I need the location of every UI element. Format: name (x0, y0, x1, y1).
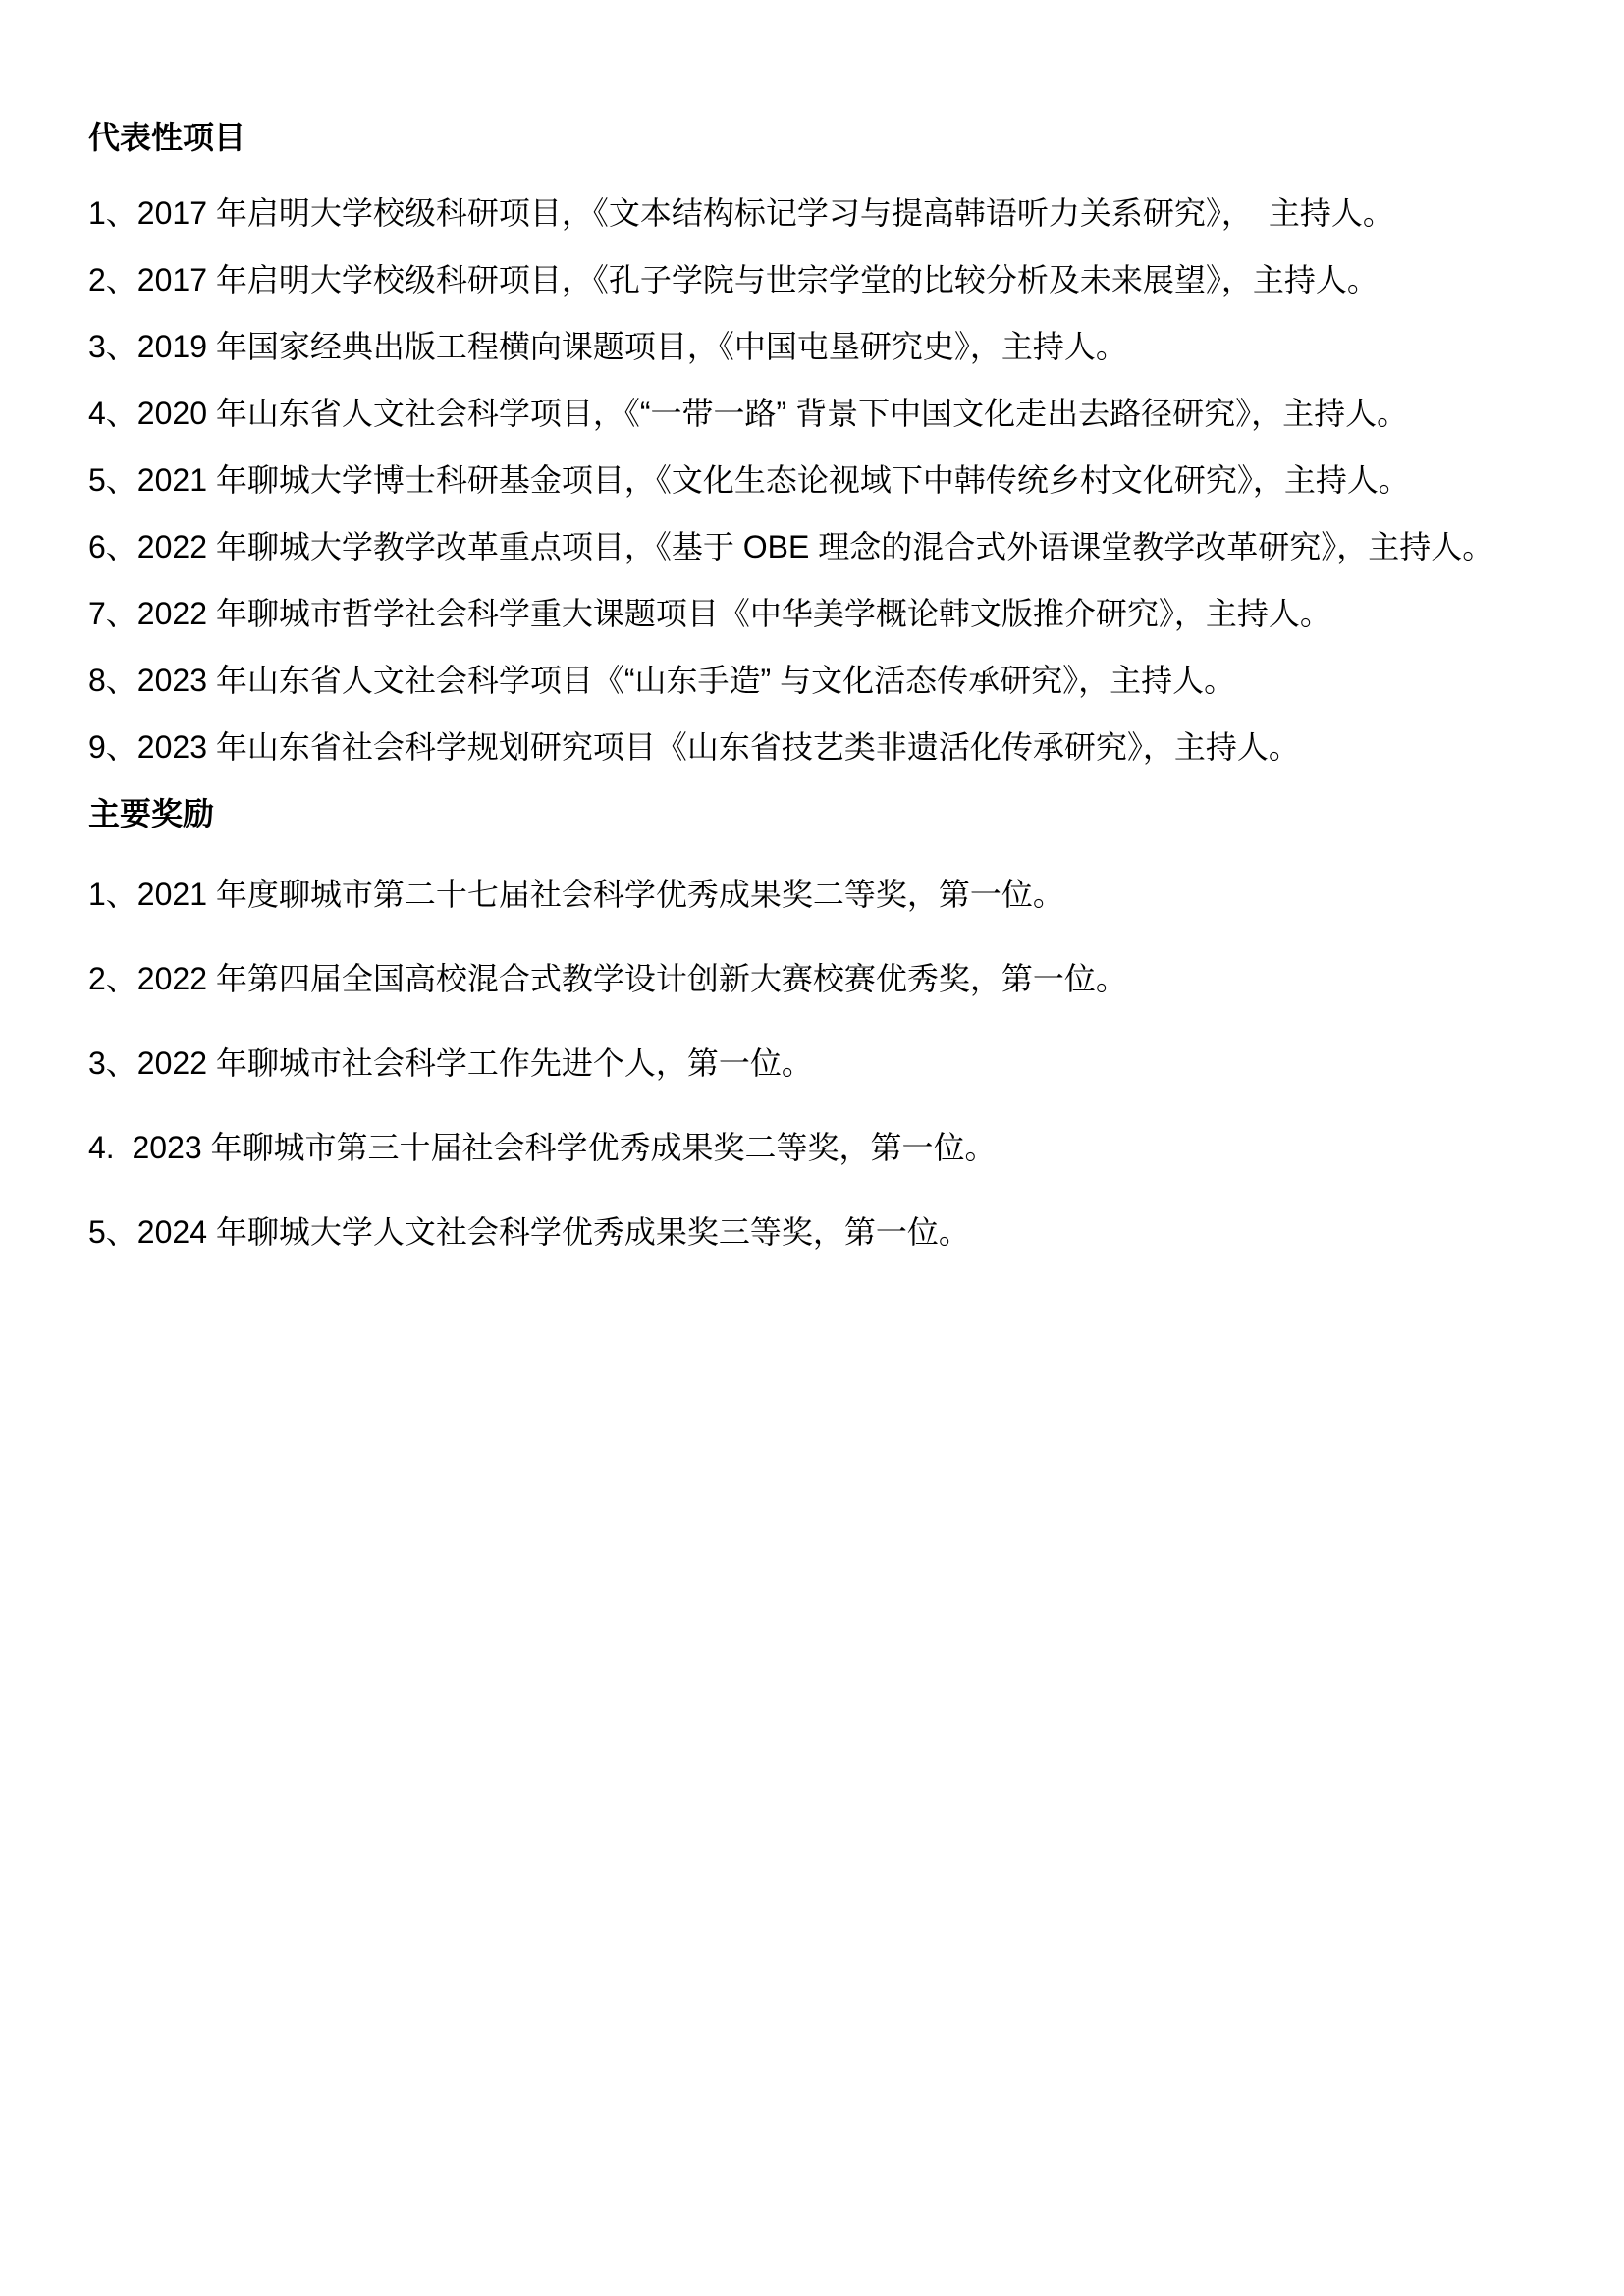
project-item: 6、2022 年聊城大学教学改革重点项目，《基于 OBE 理念的混合式外语课堂教… (88, 529, 1545, 564)
project-item: 5、2021 年聊城大学博士科研基金项目，《文化生态论视域下中韩传统乡村文化研究… (88, 462, 1545, 498)
section-heading-projects: 代表性项目 (88, 120, 1545, 155)
award-item: 1、2021 年度聊城市第二十七届社会科学优秀成果奖二等奖，第一位。 (88, 876, 1545, 913)
award-item: 5、2024 年聊城大学人文社会科学优秀成果奖三等奖，第一位。 (88, 1213, 1545, 1251)
award-item: 4. 2023 年聊城市第三十届社会科学优秀成果奖二等奖，第一位。 (88, 1129, 1545, 1166)
project-item: 4、2020 年山东省人文社会科学项目，《“一带一路” 背景下中国文化走出去路径… (88, 396, 1545, 431)
award-item: 2、2022 年第四届全国高校混合式教学设计创新大赛校赛优秀奖，第一位。 (88, 960, 1545, 997)
section-heading-awards: 主要奖励 (88, 796, 1545, 831)
project-item: 2、2017 年启明大学校级科研项目，《孔子学院与世宗学堂的比较分析及未来展望》… (88, 262, 1545, 297)
awards-list: 1、2021 年度聊城市第二十七届社会科学优秀成果奖二等奖，第一位。 2、202… (88, 876, 1545, 1251)
projects-list: 1、2017 年启明大学校级科研项目，《文本结构标记学习与提高韩语听力关系研究》… (88, 195, 1545, 765)
document-page: 代表性项目 1、2017 年启明大学校级科研项目，《文本结构标记学习与提高韩语听… (0, 0, 1624, 2296)
project-item: 3、2019 年国家经典出版工程横向课题项目，《中国屯垦研究史》，主持人。 (88, 329, 1545, 364)
project-item: 8、2023 年山东省人文社会科学项目《“山东手造” 与文化活态传承研究》，主持… (88, 663, 1545, 698)
project-item: 9、2023 年山东省社会科学规划研究项目《山东省技艺类非遗活化传承研究》，主持… (88, 729, 1545, 765)
project-item: 1、2017 年启明大学校级科研项目，《文本结构标记学习与提高韩语听力关系研究》… (88, 195, 1545, 231)
award-item: 3、2022 年聊城市社会科学工作先进个人，第一位。 (88, 1044, 1545, 1082)
project-item: 7、2022 年聊城市哲学社会科学重大课题项目《中华美学概论韩文版推介研究》，主… (88, 596, 1545, 631)
